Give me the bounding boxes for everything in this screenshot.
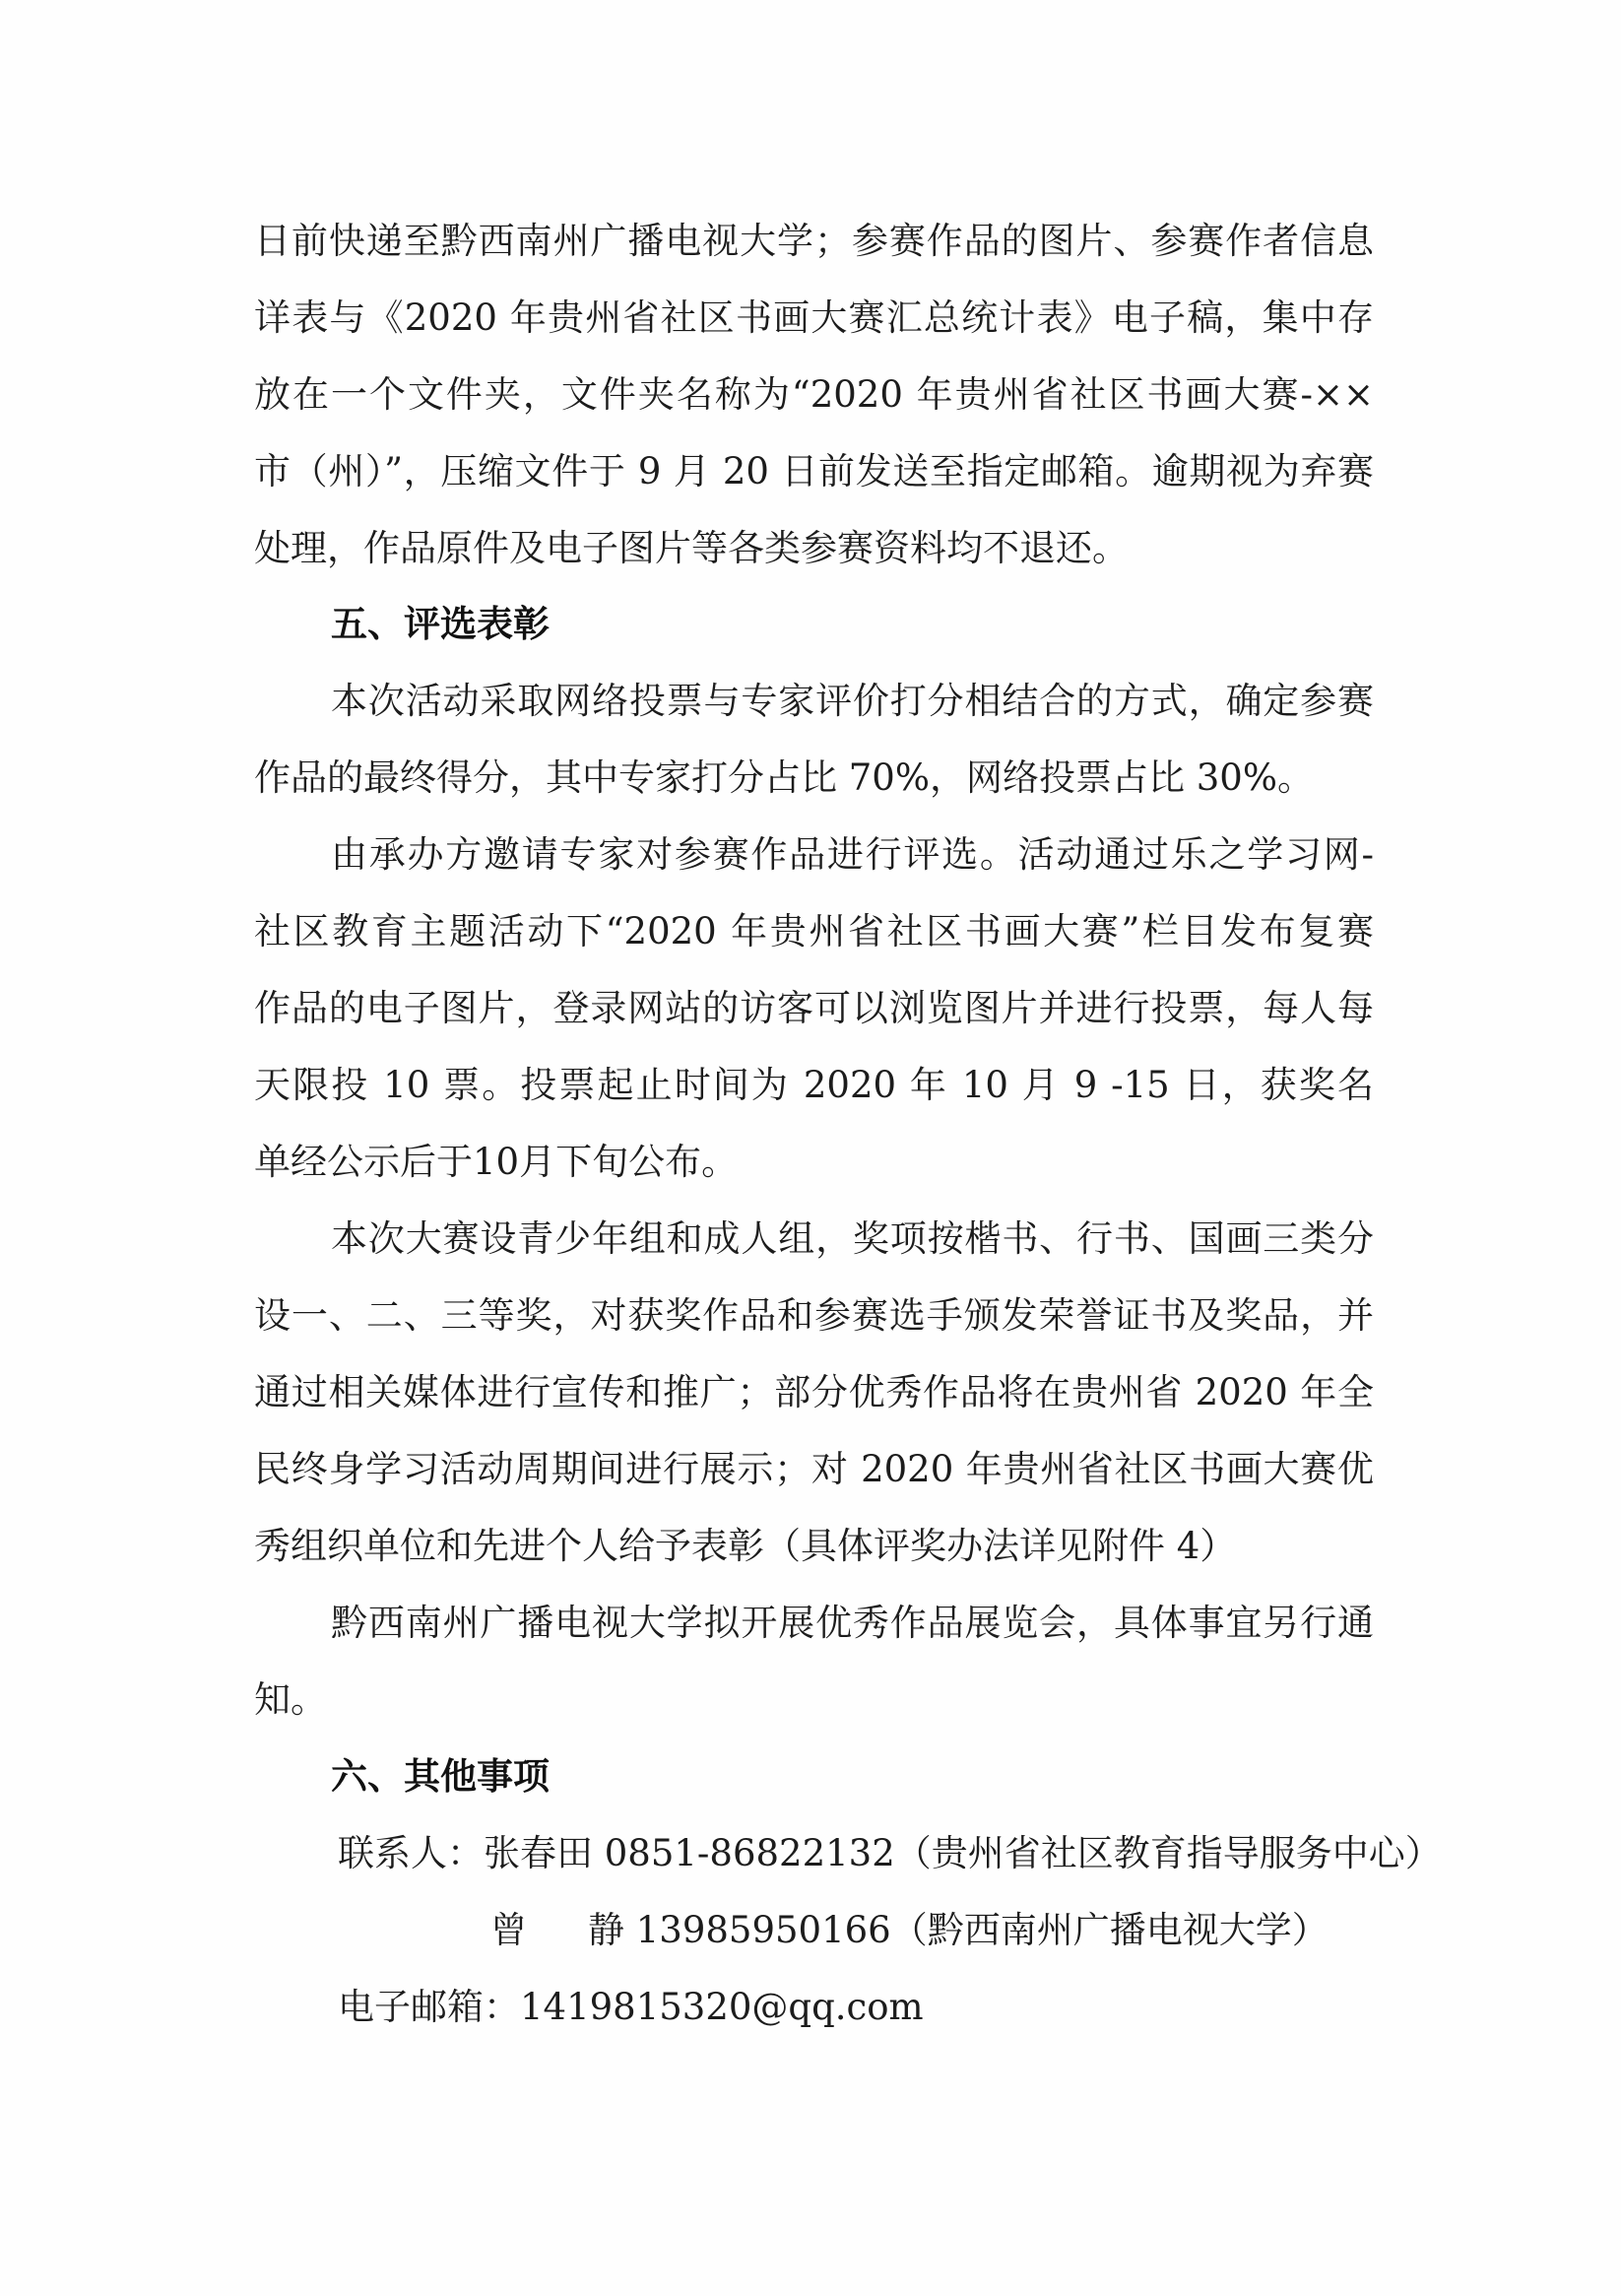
contact-primary: 联系人：张春田 0851-86822132（贵州省社区教育指导服务中心） (338, 1830, 1442, 1877)
text-line: 作品的最终得分，其中专家打分占比 70%，网络投票占比 30%。 (254, 754, 1374, 802)
text-line: 由承办方邀请专家对参赛作品进行评选。活动通过乐之学习网- (331, 831, 1374, 879)
text-line: 详表与《2020 年贵州省社区书画大赛汇总统计表》电子稿，集中存 (254, 295, 1374, 342)
text-line: 通过相关媒体进行宣传和推广；部分优秀作品将在贵州省 2020 年全 (254, 1369, 1374, 1416)
text-line: 日前快递至黔西南州广播电视大学；参赛作品的图片、参赛作者信息 (254, 218, 1374, 265)
text-line: 民终身学习活动周期间进行展示；对 2020 年贵州省社区书画大赛优 (254, 1446, 1374, 1493)
text-line: 作品的电子图片，登录网站的访客可以浏览图片并进行投票，每人每 (254, 985, 1374, 1032)
section-heading-other-matters: 六、其他事项 (331, 1753, 550, 1801)
email-label: 电子邮箱： (338, 1986, 520, 2028)
contact-label: 联系人： (338, 1830, 484, 1877)
text-line: 放在一个文件夹，文件夹名称为“2020 年贵州省社区书画大赛-×× (254, 371, 1374, 419)
text-line: 本次活动采取网络投票与专家评价打分相结合的方式，确定参赛 (331, 678, 1374, 725)
text-line: 社区教育主题活动下“2020 年贵州省社区书画大赛”栏目发布复赛 (254, 908, 1374, 955)
text-line: 天限投 10 票。投票起止时间为 2020 年 10 月 9 -15 日，获奖名 (254, 1062, 1374, 1109)
contact-org: （黔西南州广播电视大学） (891, 1909, 1329, 1951)
text-line: 处理，作品原件及电子图片等各类参赛资料均不退还。 (254, 525, 1374, 572)
document-page: 日前快递至黔西南州广播电视大学；参赛作品的图片、参赛作者信息 详表与《2020 … (0, 0, 1621, 2296)
contact-email: 电子邮箱：1419815320@qq.com (338, 1984, 924, 2031)
contact-secondary: 曾静 13985950166（黔西南州广播电视大学） (490, 1907, 1329, 1954)
section-heading-selection-awards: 五、评选表彰 (331, 601, 550, 648)
text-line: 设一、二、三等奖，对获奖作品和参赛选手颁发荣誉证书及奖品，并 (254, 1292, 1374, 1340)
text-line: 单经公示后于10月下旬公布。 (254, 1139, 1374, 1186)
text-line: 本次大赛设青少年组和成人组，奖项按楷书、行书、国画三类分 (331, 1215, 1374, 1263)
text-line: 秀组织单位和先进个人给予表彰（具体评奖办法详见附件 4） (254, 1523, 1374, 1570)
text-line: 黔西南州广播电视大学拟开展优秀作品展览会，具体事宜另行通 (331, 1600, 1374, 1647)
contact-name-part2: 静 (588, 1909, 624, 1951)
text-line: 知。 (254, 1676, 1374, 1724)
contact-name: 张春田 (484, 1832, 593, 1874)
email-address[interactable]: 1419815320@qq.com (520, 1986, 924, 2028)
contact-name-part1: 曾 (490, 1909, 527, 1951)
contact-phone: 13985950166 (636, 1909, 891, 1951)
contact-phone: 0851-86822132 (605, 1832, 895, 1874)
text-line: 市（州）”，压缩文件于 9 月 20 日前发送至指定邮箱。逾期视为弃赛 (254, 448, 1374, 495)
contact-org: （贵州省社区教育指导服务中心） (895, 1832, 1442, 1874)
